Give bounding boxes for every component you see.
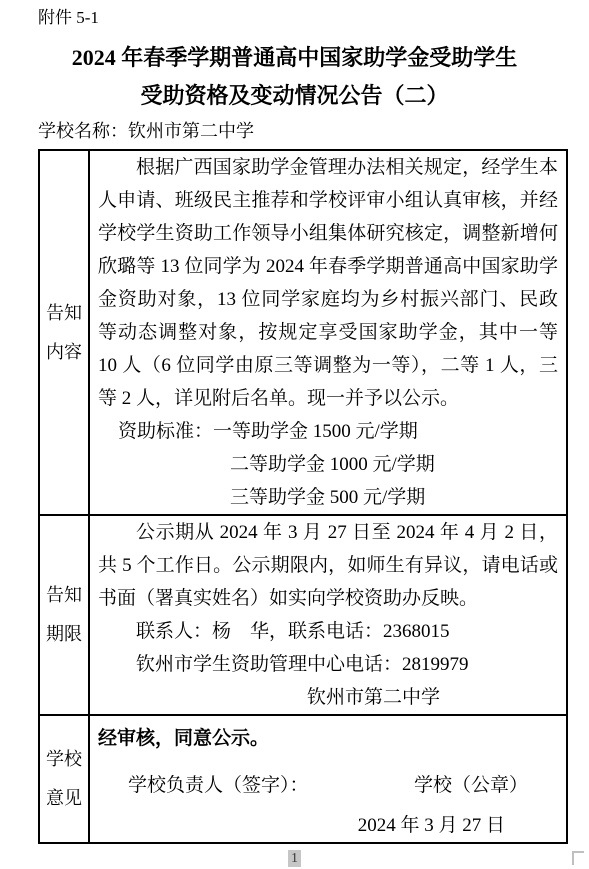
attachment-label: 附件 5-1: [38, 0, 589, 29]
text-boundary-mark: [572, 851, 584, 865]
aid-standard-line-3: 三等助学金 500 元/学期: [230, 481, 558, 514]
document-page: 附件 5-1 2024 年春季学期普通高中国家助学金受助学生 受助资格及变动情况…: [0, 0, 589, 869]
page-title-line1: 2024 年春季学期普通高中国家助学金受助学生: [0, 39, 589, 77]
notice-content-cell: 根据广西国家助学金管理办法相关规定，经学生本人申请、班级民主推荐和学校评审小组认…: [89, 150, 567, 515]
notice-content-paragraph: 根据广西国家助学金管理办法相关规定，经学生本人申请、班级民主推荐和学校评审小组认…: [98, 151, 558, 415]
notice-period-cell: 公示期从 2024 年 3 月 27 日至 2024 年 4 月 2 日，共 5…: [89, 515, 567, 715]
aid-center-phone-line: 钦州市学生资助管理中心电话：2819979: [98, 648, 558, 681]
table-row-school-opinion: 学校意见 经审核，同意公示。 学校负责人（签字）： 学校（公章） 2024 年 …: [39, 715, 567, 843]
notice-period-paragraph: 公示期从 2024 年 3 月 27 日至 2024 年 4 月 2 日，共 5…: [98, 516, 558, 615]
school-signature-line: 钦州市第二中学: [98, 681, 558, 714]
page-title-line2: 受助资格及变动情况公告（二）: [0, 77, 589, 115]
sign-seal-row: 学校负责人（签字）： 学校（公章）: [98, 769, 558, 802]
notice-table: 告知内容 根据广西国家助学金管理办法相关规定，经学生本人申请、班级民主推荐和学校…: [38, 149, 568, 844]
table-row-notice-period: 告知期限 公示期从 2024 年 3 月 27 日至 2024 年 4 月 2 …: [39, 515, 567, 715]
page-footer: 1: [0, 849, 589, 867]
page-number: 1: [288, 850, 301, 867]
row-label-notice-period: 告知期限: [39, 515, 89, 715]
school-opinion-cell: 经审核，同意公示。 学校负责人（签字）： 学校（公章） 2024 年 3 月 2…: [89, 715, 567, 843]
approval-statement: 经审核，同意公示。: [98, 722, 558, 755]
table-row-notice-content: 告知内容 根据广西国家助学金管理办法相关规定，经学生本人申请、班级民主推荐和学校…: [39, 150, 567, 515]
school-name-line: 学校名称：钦州市第二中学: [38, 120, 589, 142]
aid-standard-line-2: 二等助学金 1000 元/学期: [230, 448, 558, 481]
opinion-date-line: 2024 年 3 月 27 日: [98, 809, 558, 842]
row-label-notice-content: 告知内容: [39, 150, 89, 515]
school-seal-label: 学校（公章）: [414, 769, 528, 802]
principal-sign-label: 学校负责人（签字）：: [128, 769, 309, 802]
page-title: 2024 年春季学期普通高中国家助学金受助学生 受助资格及变动情况公告（二）: [0, 39, 589, 115]
aid-standard-line-1: 资助标准：一等助学金 1500 元/学期: [118, 415, 558, 448]
row-label-school-opinion: 学校意见: [39, 715, 89, 843]
contact-line: 联系人：杨 华，联系电话：2368015: [98, 615, 558, 648]
